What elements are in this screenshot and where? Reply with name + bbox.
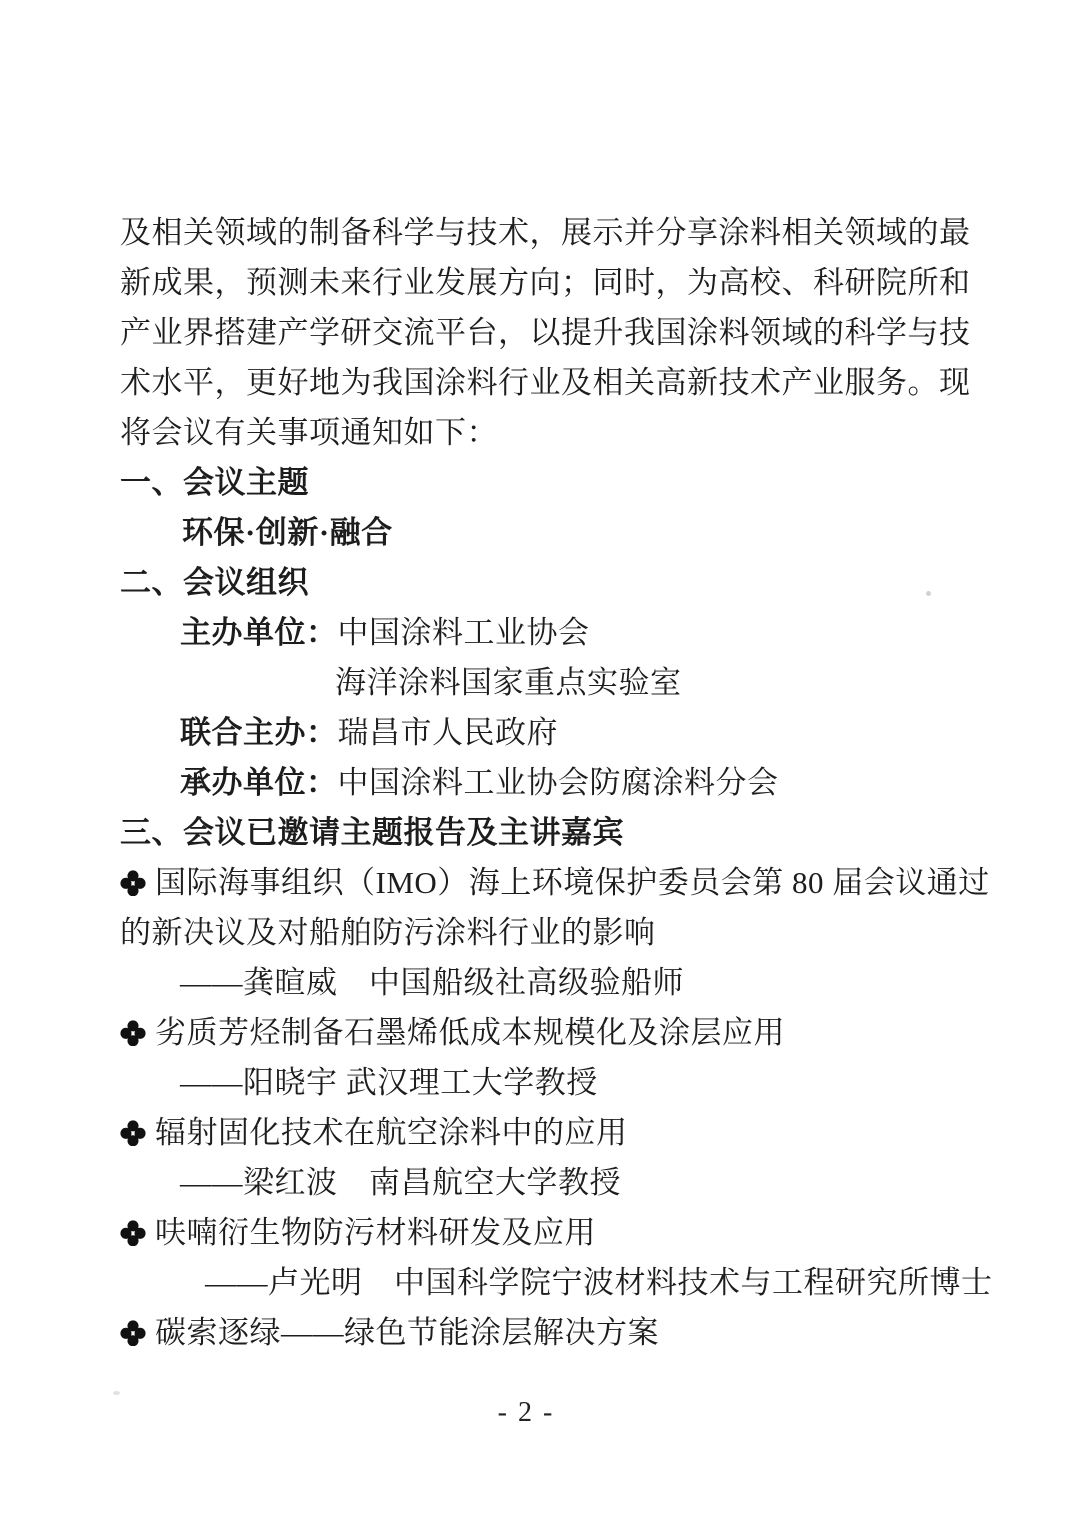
- scan-speck: [926, 591, 931, 596]
- scan-speck: [113, 1391, 120, 1395]
- conference-theme: 环保·创新·融合: [120, 508, 965, 558]
- clover-bullet-icon: [120, 870, 146, 896]
- talk-1-title-text: 国际海事组织（IMO）海上环境保护委员会第 80 届会议通过: [155, 865, 990, 900]
- talk-4-title-line-1: 呋喃衍生物防污材料研发及应用: [120, 1208, 965, 1258]
- section-3-heading: 三、会议已邀请主题报告及主讲嘉宾: [120, 808, 965, 858]
- talk-5-title-line-1: 碳索逐绿——绿色节能涂层解决方案: [120, 1308, 965, 1358]
- talk-3-title-line-1: 辐射固化技术在航空涂料中的应用: [120, 1108, 965, 1158]
- talk-3-title-text: 辐射固化技术在航空涂料中的应用: [155, 1115, 628, 1150]
- intro-line-2: 新成果，预测未来行业发展方向；同时，为高校、科研院所和: [120, 258, 965, 308]
- page-number: - 2 -: [0, 1388, 1052, 1438]
- host-row: 主办单位：中国涂料工业协会: [120, 608, 965, 658]
- intro-line-3: 产业界搭建产学研交流平台，以提升我国涂料领域的科学与技: [120, 308, 965, 358]
- intro-line-4: 术水平，更好地为我国涂料行业及相关高新技术产业服务。现: [120, 358, 965, 408]
- talk-3-speaker: ——梁红波 南昌航空大学教授: [120, 1158, 965, 1208]
- talk-2-title-line-1: 劣质芳烃制备石墨烯低成本规模化及涂层应用: [120, 1008, 965, 1058]
- organizer-value: 中国涂料工业协会防腐涂料分会: [338, 765, 779, 800]
- intro-line-1: 及相关领域的制备科学与技术，展示并分享涂料相关领域的最: [120, 208, 965, 258]
- section-1-heading: 一、会议主题: [120, 458, 965, 508]
- section-2-heading: 二、会议组织: [120, 558, 965, 608]
- clover-bullet-icon: [120, 1220, 146, 1246]
- talk-1-title-line-1: 国际海事组织（IMO）海上环境保护委员会第 80 届会议通过: [120, 858, 965, 908]
- organizer-row: 承办单位：中国涂料工业协会防腐涂料分会: [120, 758, 965, 808]
- clover-bullet-icon: [120, 1120, 146, 1146]
- intro-line-5: 将会议有关事项通知如下：: [120, 408, 965, 458]
- talk-5-title-text: 碳索逐绿——绿色节能涂层解决方案: [155, 1315, 659, 1350]
- document-body: 及相关领域的制备科学与技术，展示并分享涂料相关领域的最 新成果，预测未来行业发展…: [120, 208, 965, 1358]
- cohost-label: 联合主办：: [180, 715, 338, 750]
- organizer-label: 承办单位：: [180, 765, 338, 800]
- talk-2-title-text: 劣质芳烃制备石墨烯低成本规模化及涂层应用: [155, 1015, 785, 1050]
- host-value-1: 中国涂料工业协会: [338, 615, 590, 650]
- talk-2-speaker: ——阳晓宇 武汉理工大学教授: [120, 1058, 965, 1108]
- talk-1-speaker: ——龚暄威 中国船级社高级验船师: [120, 958, 965, 1008]
- cohost-row: 联合主办：瑞昌市人民政府: [120, 708, 965, 758]
- host-value-2: 海洋涂料国家重点实验室: [120, 658, 965, 708]
- talk-4-title-text: 呋喃衍生物防污材料研发及应用: [155, 1215, 596, 1250]
- talk-4-speaker: ——卢光明 中国科学院宁波材料技术与工程研究所博士: [120, 1258, 965, 1308]
- cohost-value: 瑞昌市人民政府: [338, 715, 559, 750]
- clover-bullet-icon: [120, 1020, 146, 1046]
- clover-bullet-icon: [120, 1320, 146, 1346]
- document-page: 及相关领域的制备科学与技术，展示并分享涂料相关领域的最 新成果，预测未来行业发展…: [0, 0, 1080, 1527]
- talk-1-title-line-2: 的新决议及对船舶防污涂料行业的影响: [120, 908, 965, 958]
- host-label: 主办单位：: [180, 615, 338, 650]
